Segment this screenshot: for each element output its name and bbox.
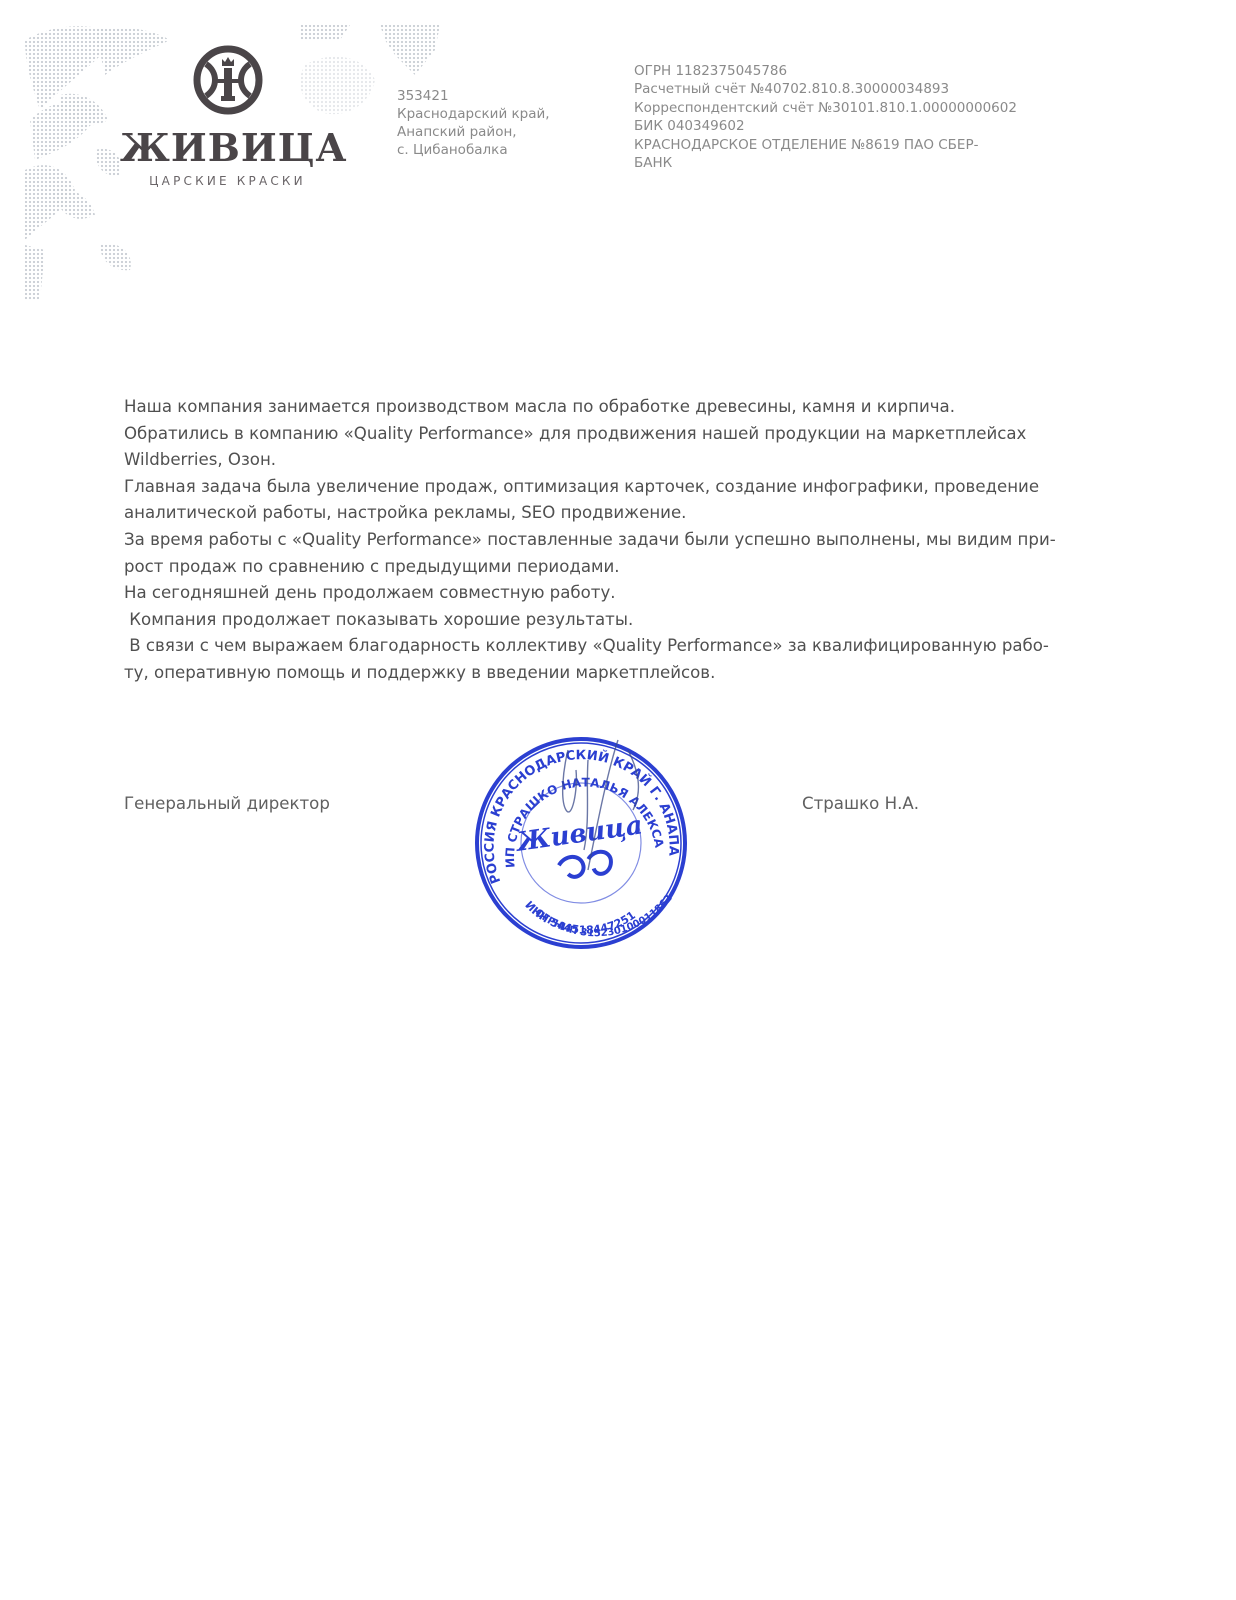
signatory-name: Страшко Н.А. xyxy=(802,794,919,813)
letter-line: Обратились в компанию «Quality Performan… xyxy=(124,421,1114,448)
company-address: 353421 Краснодарский край, Анапский райо… xyxy=(397,87,550,159)
bank-line-bik: БИК 040349602 xyxy=(634,117,1017,135)
signatory-title: Генеральный директор xyxy=(124,794,330,813)
letter-line: рост продаж по сравнению с предыдущими п… xyxy=(124,554,1114,581)
company-logo: ЖИВИЦА ЦАРСКИЕ КРАСКИ xyxy=(120,44,335,188)
bank-details: ОГРН 1182375045786 Расчетный счёт №40702… xyxy=(634,62,1017,172)
letter-line: На сегодняшней день продолжаем совместну… xyxy=(124,580,1114,607)
round-seal-stamp-icon: РОССИЯ КРАСНОДАРСКИЙ КРАЙ Г. АНАПА ИП СТ… xyxy=(468,730,694,956)
bank-line-branch-cont: БАНК xyxy=(634,154,1017,172)
logo-name: ЖИВИЦА xyxy=(120,126,335,170)
letter-page: ЖИВИЦА ЦАРСКИЕ КРАСКИ 353421 Краснодарск… xyxy=(0,0,1236,1600)
address-line: с. Цибанобалка xyxy=(397,141,550,159)
letter-body: Наша компания занимается производством м… xyxy=(124,394,1114,687)
address-line: Краснодарский край, xyxy=(397,105,550,123)
letter-line: Wildberries, Озон. xyxy=(124,447,1114,474)
letter-line: В связи с чем выражаем благодарность кол… xyxy=(124,633,1114,660)
bank-line-ogrn: ОГРН 1182375045786 xyxy=(634,62,1017,80)
letter-line: аналитической работы, настройка рекламы,… xyxy=(124,500,1114,527)
address-line: 353421 xyxy=(397,87,550,105)
bank-line-account: Расчетный счёт №40702.810.8.30000034893 xyxy=(634,80,1017,98)
bank-line-branch: КРАСНОДАРСКОЕ ОТДЕЛЕНИЕ №8619 ПАО СБЕР- xyxy=(634,136,1017,154)
logo-tagline: ЦАРСКИЕ КРАСКИ xyxy=(120,174,335,188)
letter-line: ту, оперативную помощь и поддержку в вве… xyxy=(124,660,1114,687)
bank-line-corr-account: Корреспондентский счёт №30101.810.1.0000… xyxy=(634,99,1017,117)
letter-line: Наша компания занимается производством м… xyxy=(124,394,1114,421)
zh-monogram-crown-icon xyxy=(192,44,264,116)
stamp-center-text: Живица xyxy=(513,810,645,858)
letter-line: За время работы с «Quality Performance» … xyxy=(124,527,1114,554)
letter-line: Главная задача была увеличение продаж, о… xyxy=(124,474,1114,501)
letter-line: Компания продолжает показывать хорошие р… xyxy=(124,607,1114,634)
address-line: Анапский район, xyxy=(397,123,550,141)
